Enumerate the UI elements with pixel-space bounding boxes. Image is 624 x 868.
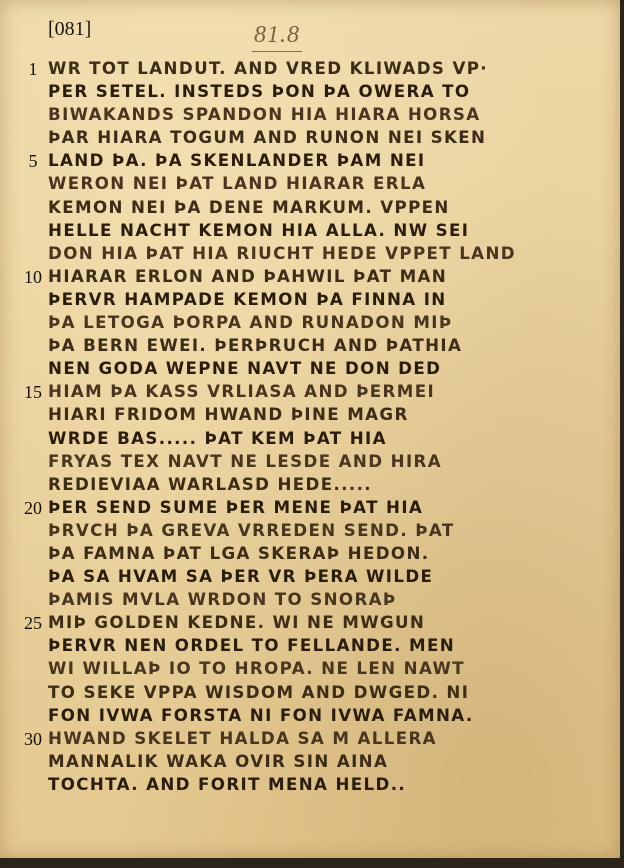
line-text: LAND ÞA. ÞA SKENLANDER ÞAM NEI	[48, 150, 425, 173]
manuscript-line: TOCHTA. AND FORIT MENA HELD..	[20, 774, 590, 797]
line-text: HIARAR ERLON AND ÞAHWIL ÞAT MAN	[48, 266, 447, 289]
manuscript-line: WRDE BAS..... ÞAT KEM ÞAT HIA	[20, 428, 590, 451]
line-text: FON IVWA FORSTA NI FON IVWA FAMNA.	[48, 705, 474, 728]
page-id-label: [081]	[48, 18, 91, 41]
line-text: ÞA FAMNA ÞAT LGA SKERAÞ HEDON.	[48, 543, 429, 566]
manuscript-line: ÞAR HIARA TOGUM AND RUNON NEI SKEN	[20, 127, 590, 150]
manuscript-line: FON IVWA FORSTA NI FON IVWA FAMNA.	[20, 705, 590, 728]
line-text: PER SETEL. INSTEDS ÞON ÞA OWERA TO	[48, 81, 470, 104]
line-text: MIÞ GOLDEN KEDNE. WI NE MWGUN	[48, 612, 425, 635]
manuscript-line: WERON NEI ÞAT LAND HIARAR ERLA	[20, 173, 590, 196]
folio-number: 81.8	[252, 22, 302, 52]
line-number: 20	[20, 497, 46, 520]
line-text: WRDE BAS..... ÞAT KEM ÞAT HIA	[48, 428, 387, 451]
manuscript-line: HIARI FRIDOM HWAND ÞINE MAGR	[20, 404, 590, 427]
line-number: 15	[20, 381, 46, 404]
line-number: 1	[20, 58, 46, 81]
line-text: WI WILLAÞ IO TO HROPA. NE LEN NAWT	[48, 658, 465, 681]
line-text: KEMON NEI ÞA DENE MARKUM. VPPEN	[48, 197, 450, 220]
line-text: ÞRVCH ÞA GREVA VRREDEN SEND. ÞAT	[48, 520, 455, 543]
manuscript-line: ÞA LETOGA ÞORPA AND RUNADON MIÞ	[20, 312, 590, 335]
manuscript-line: KEMON NEI ÞA DENE MARKUM. VPPEN	[20, 197, 590, 220]
line-text: WR TOT LANDUT. AND VRED KLIWADS VP·	[48, 58, 488, 81]
line-number: 5	[20, 150, 46, 173]
manuscript-line: MANNALIK WAKA OVIR SIN AINA	[20, 751, 590, 774]
manuscript-text-block: 1WR TOT LANDUT. AND VRED KLIWADS VP·PER …	[20, 58, 590, 797]
manuscript-line: NEN GODA WEPNE NAVT NE DON DED	[20, 358, 590, 381]
manuscript-line: ÞERVR NEN ORDEL TO FELLANDE. MEN	[20, 635, 590, 658]
line-text: ÞERVR HAMPADE KEMON ÞA FINNA IN	[48, 289, 447, 312]
line-text: FRYAS TEX NAVT NE LESDE AND HIRA	[48, 451, 442, 474]
manuscript-line: 20ÞER SEND SUME ÞER MENE ÞAT HIA	[20, 497, 590, 520]
manuscript-line: REDIEVIAA WARLASD HEDE.....	[20, 474, 590, 497]
manuscript-line: ÞA FAMNA ÞAT LGA SKERAÞ HEDON.	[20, 543, 590, 566]
line-number: 30	[20, 728, 46, 751]
line-text: HELLE NACHT KEMON HIA ALLA. NW SEI	[48, 220, 469, 243]
manuscript-page: [081] 81.8 1WR TOT LANDUT. AND VRED KLIW…	[0, 0, 620, 858]
manuscript-line: 15HIAM ÞA KASS VRLIASA AND ÞERMEI	[20, 381, 590, 404]
line-text: NEN GODA WEPNE NAVT NE DON DED	[48, 358, 441, 381]
line-text: WERON NEI ÞAT LAND HIARAR ERLA	[48, 173, 426, 196]
line-text: ÞER SEND SUME ÞER MENE ÞAT HIA	[48, 497, 423, 520]
manuscript-line: FRYAS TEX NAVT NE LESDE AND HIRA	[20, 451, 590, 474]
line-text: ÞA BERN EWEI. ÞERÞRUCH AND ÞATHIA	[48, 335, 462, 358]
manuscript-line: 25MIÞ GOLDEN KEDNE. WI NE MWGUN	[20, 612, 590, 635]
manuscript-line: 5LAND ÞA. ÞA SKENLANDER ÞAM NEI	[20, 150, 590, 173]
line-text: MANNALIK WAKA OVIR SIN AINA	[48, 751, 388, 774]
line-text: ÞA SA HVAM SA ÞER VR ÞERA WILDE	[48, 566, 433, 589]
line-text: ÞERVR NEN ORDEL TO FELLANDE. MEN	[48, 635, 455, 658]
manuscript-line: ÞA SA HVAM SA ÞER VR ÞERA WILDE	[20, 566, 590, 589]
line-text: ÞAR HIARA TOGUM AND RUNON NEI SKEN	[48, 127, 486, 150]
line-text: REDIEVIAA WARLASD HEDE.....	[48, 474, 372, 497]
manuscript-line: 30HWAND SKELET HALDA SA M ALLERA	[20, 728, 590, 751]
line-text: BIWAKANDS SPANDON HIA HIARA HORSA	[48, 104, 481, 127]
manuscript-line: BIWAKANDS SPANDON HIA HIARA HORSA	[20, 104, 590, 127]
line-text: TOCHTA. AND FORIT MENA HELD..	[48, 774, 406, 797]
line-text: HIAM ÞA KASS VRLIASA AND ÞERMEI	[48, 381, 435, 404]
manuscript-line: WI WILLAÞ IO TO HROPA. NE LEN NAWT	[20, 658, 590, 681]
manuscript-line: HELLE NACHT KEMON HIA ALLA. NW SEI	[20, 220, 590, 243]
manuscript-line: ÞA BERN EWEI. ÞERÞRUCH AND ÞATHIA	[20, 335, 590, 358]
manuscript-line: ÞERVR HAMPADE KEMON ÞA FINNA IN	[20, 289, 590, 312]
line-text: DON HIA ÞAT HIA RIUCHT HEDE VPPET LAND	[48, 243, 516, 266]
line-text: HIARI FRIDOM HWAND ÞINE MAGR	[48, 404, 409, 427]
manuscript-line: 10HIARAR ERLON AND ÞAHWIL ÞAT MAN	[20, 266, 590, 289]
manuscript-line: DON HIA ÞAT HIA RIUCHT HEDE VPPET LAND	[20, 243, 590, 266]
manuscript-line: ÞRVCH ÞA GREVA VRREDEN SEND. ÞAT	[20, 520, 590, 543]
manuscript-line: TO SEKE VPPA WISDOM AND DWGED. NI	[20, 682, 590, 705]
manuscript-line: 1WR TOT LANDUT. AND VRED KLIWADS VP·	[20, 58, 590, 81]
line-text: ÞA LETOGA ÞORPA AND RUNADON MIÞ	[48, 312, 453, 335]
line-number: 25	[20, 612, 46, 635]
manuscript-line: PER SETEL. INSTEDS ÞON ÞA OWERA TO	[20, 81, 590, 104]
manuscript-line: ÞAMIS MVLA WRDON TO SNORAÞ	[20, 589, 590, 612]
line-text: HWAND SKELET HALDA SA M ALLERA	[48, 728, 437, 751]
line-text: ÞAMIS MVLA WRDON TO SNORAÞ	[48, 589, 397, 612]
line-text: TO SEKE VPPA WISDOM AND DWGED. NI	[48, 682, 469, 705]
line-number: 10	[20, 266, 46, 289]
